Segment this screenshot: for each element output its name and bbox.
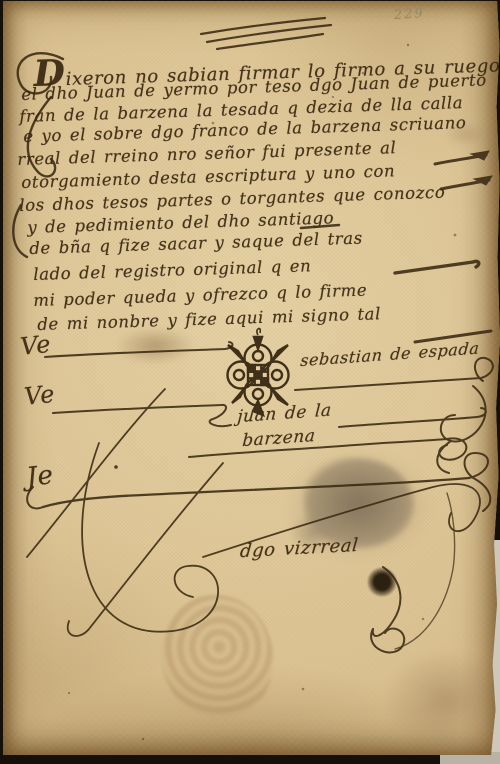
manuscript-page: 229 Dixeron no sabian firmar lo firmo a … [3,1,500,755]
diagonal-flourishes [27,389,480,636]
ink-blot [367,567,397,597]
signature: sebastian de espada [300,338,480,370]
signature: juan de la [237,400,333,427]
scanned-manuscript: { "colors": { "ink": "#3a2812", "paper":… [0,0,500,764]
notarial-sign-icon [228,329,289,415]
fingerprint-stain [161,595,273,719]
water-stain-small [115,327,195,365]
signature-tail-flourish [371,493,455,652]
signature: dgo vizrreal [239,535,359,562]
rubric-rules [27,342,493,511]
margin-rubric: Ve [23,380,56,411]
folio-number: 229 [394,6,426,23]
water-stain-bottom-right [385,651,500,751]
margin-rubric: Ve [19,330,52,361]
text-line: lado del registro original q en [33,256,312,284]
margin-rubric: Je [25,460,55,493]
text-line: de mi nonbre y fize aqui mi signo tal [37,304,381,334]
signature: barzena [242,426,317,451]
